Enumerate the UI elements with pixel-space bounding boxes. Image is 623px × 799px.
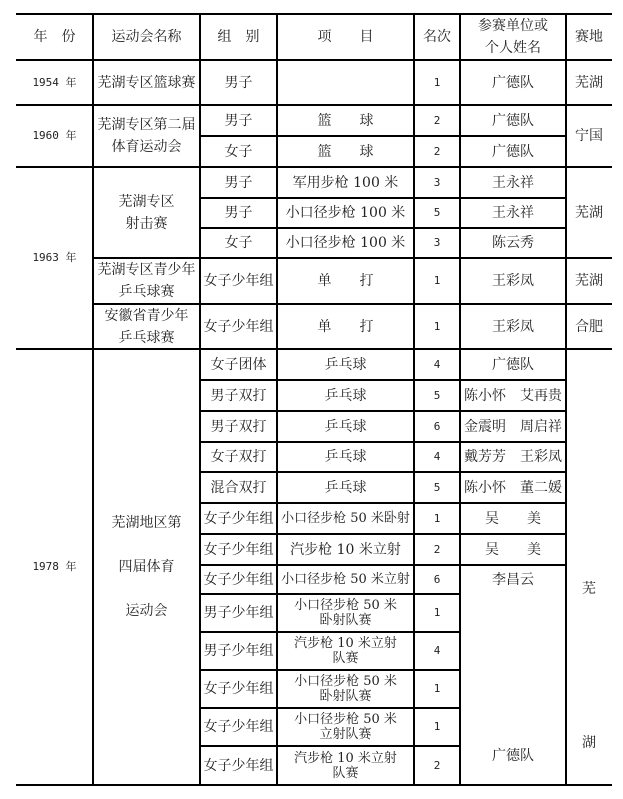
cell-rank: 4 <box>414 632 460 670</box>
column-rule <box>413 167 415 198</box>
table-rule <box>93 784 200 786</box>
cell-participant: 广德队 <box>460 60 566 105</box>
cell-event: 汽步枪 10 米立射 <box>277 534 414 565</box>
column-rule <box>92 258 94 304</box>
table-rule <box>200 707 277 709</box>
cell-group: 男子少年组 <box>200 594 277 632</box>
column-rule <box>92 14 94 60</box>
column-rule <box>276 594 278 632</box>
cell-participant: 吴 美 <box>460 503 566 534</box>
column-rule <box>199 228 201 258</box>
table-rule <box>277 784 414 786</box>
column-rule <box>413 198 415 228</box>
cell-participant: 戴芳芳 王彩凤 <box>460 442 566 472</box>
column-rule <box>413 632 415 670</box>
table-rule <box>460 471 566 473</box>
table-rule <box>200 533 277 535</box>
column-rule <box>199 411 201 442</box>
cell-year: 1978 年 <box>16 349 93 785</box>
column-header-event: 项 目 <box>277 14 414 60</box>
table-rule <box>566 348 612 350</box>
table-rule <box>16 784 93 786</box>
cell-year: 1954 年 <box>16 60 93 105</box>
table-rule <box>414 502 460 504</box>
table-rule <box>200 104 277 106</box>
table-rule <box>277 104 414 106</box>
table-rule <box>460 135 566 137</box>
cell-rank: 1 <box>414 304 460 349</box>
table-rule <box>566 303 612 305</box>
cell-venue: 芜湖 <box>566 258 612 304</box>
cell-rank: 5 <box>414 380 460 411</box>
column-header-year: 年 份 <box>16 14 93 60</box>
column-rule <box>413 14 415 60</box>
cell-participant: 王永祥 <box>460 167 566 198</box>
table-rule <box>277 631 414 633</box>
table-rule <box>200 745 277 747</box>
column-rule <box>459 167 461 198</box>
column-rule <box>565 105 567 167</box>
table-rule <box>414 669 460 671</box>
column-rule <box>199 442 201 472</box>
cell-participant: 陈小怀 艾再贵 <box>460 380 566 411</box>
column-rule <box>413 442 415 472</box>
column-rule <box>459 503 461 534</box>
table-rule <box>414 303 460 305</box>
column-rule <box>276 14 278 60</box>
table-rule <box>277 379 414 381</box>
column-rule <box>276 198 278 228</box>
column-rule <box>413 60 415 105</box>
table-rule <box>200 135 277 137</box>
table-rule <box>414 135 460 137</box>
table-rule <box>93 166 200 168</box>
column-rule <box>199 167 201 198</box>
cell-participant: 陈云秀 <box>460 228 566 258</box>
column-rule <box>276 534 278 565</box>
column-rule <box>199 349 201 380</box>
table-rule <box>414 379 460 381</box>
cell-event: 篮 球 <box>277 136 414 167</box>
cell-event: 汽步枪 10 米立射 队赛 <box>277 632 414 670</box>
table-rule <box>277 745 414 747</box>
column-rule <box>459 380 461 411</box>
cell-venue: 芜湖 <box>566 167 612 258</box>
column-rule <box>199 670 201 708</box>
column-rule <box>276 136 278 167</box>
table-rule <box>277 441 414 443</box>
cell-meet-name: 芜湖专区篮球赛 <box>93 60 200 105</box>
table-rule <box>200 303 277 305</box>
column-rule <box>459 304 461 349</box>
cell-event: 乒乓球 <box>277 411 414 442</box>
column-rule <box>413 349 415 380</box>
table-rule <box>414 471 460 473</box>
cell-group: 男子 <box>200 60 277 105</box>
table-rule <box>414 104 460 106</box>
cell-rank: 1 <box>414 594 460 632</box>
cell-participant: 王彩凤 <box>460 304 566 349</box>
column-rule <box>565 14 567 60</box>
column-rule <box>199 503 201 534</box>
table-rule <box>277 707 414 709</box>
cell-group: 混合双打 <box>200 472 277 503</box>
cell-event: 小口径步枪 50 米卧射 <box>277 503 414 534</box>
cell-group: 男子双打 <box>200 411 277 442</box>
column-rule <box>92 349 94 785</box>
cell-event: 乒乓球 <box>277 349 414 380</box>
cell-rank: 1 <box>414 60 460 105</box>
table-rule <box>566 784 612 786</box>
table-rule <box>277 135 414 137</box>
column-rule <box>413 411 415 442</box>
cell-venue: 芜 湖 <box>566 349 612 785</box>
cell-group: 女子少年组 <box>200 258 277 304</box>
cell-participant: 王永祥 <box>460 198 566 228</box>
table-rule <box>460 379 566 381</box>
column-rule <box>459 534 461 565</box>
cell-meet-name: 芜湖专区青少年 乒乓球赛 <box>93 258 200 304</box>
cell-event: 单 打 <box>277 304 414 349</box>
table-rule <box>460 348 566 350</box>
cell-year: 1960 年 <box>16 105 93 167</box>
cell-group: 女子 <box>200 136 277 167</box>
column-rule <box>276 349 278 380</box>
cell-rank: 2 <box>414 534 460 565</box>
column-rule <box>565 167 567 258</box>
column-rule <box>199 198 201 228</box>
column-rule <box>413 708 415 746</box>
cell-rank: 5 <box>414 198 460 228</box>
cell-rank: 2 <box>414 105 460 136</box>
table-rule <box>460 441 566 443</box>
column-rule <box>92 167 94 258</box>
table-rule <box>93 104 200 106</box>
column-rule <box>276 632 278 670</box>
column-rule <box>276 503 278 534</box>
cell-event: 单 打 <box>277 258 414 304</box>
column-header-rank: 名次 <box>414 14 460 60</box>
cell-participant: 广德队 <box>460 349 566 380</box>
cell-rank: 3 <box>414 228 460 258</box>
column-rule <box>276 60 278 105</box>
cell-meet-name: 安徽省青少年 乒乓球赛 <box>93 304 200 349</box>
column-rule <box>199 472 201 503</box>
table-rule <box>566 104 612 106</box>
table-rule <box>200 784 277 786</box>
column-rule <box>413 565 415 594</box>
table-rule <box>16 13 612 15</box>
column-rule <box>276 380 278 411</box>
table-rule <box>460 104 566 106</box>
column-rule <box>565 304 567 349</box>
column-rule <box>276 746 278 785</box>
table-rule <box>414 410 460 412</box>
cell-group: 男子 <box>200 198 277 228</box>
column-rule <box>199 136 201 167</box>
cell-group: 女子少年组 <box>200 746 277 785</box>
table-rule <box>200 564 277 566</box>
cell-group: 女子少年组 <box>200 304 277 349</box>
cell-group: 男子 <box>200 167 277 198</box>
column-rule <box>276 304 278 349</box>
table-rule <box>414 745 460 747</box>
table-rule <box>414 166 460 168</box>
column-rule <box>413 534 415 565</box>
table-rule <box>277 197 414 199</box>
column-rule <box>413 136 415 167</box>
column-rule <box>459 442 461 472</box>
cell-rank: 6 <box>414 565 460 594</box>
column-rule <box>565 349 567 785</box>
column-rule <box>199 594 201 632</box>
cell-group: 女子少年组 <box>200 503 277 534</box>
column-rule <box>199 632 201 670</box>
column-rule <box>92 105 94 167</box>
column-rule <box>413 670 415 708</box>
column-rule <box>199 534 201 565</box>
table-rule <box>566 166 612 168</box>
cell-group: 女子少年组 <box>200 534 277 565</box>
table-rule <box>200 257 277 259</box>
column-rule <box>199 380 201 411</box>
column-rule <box>276 167 278 198</box>
table-rule <box>566 257 612 259</box>
cell-rank: 1 <box>414 503 460 534</box>
cell-event: 小口径步枪 50 米 立射队赛 <box>277 708 414 746</box>
table-rule <box>414 784 460 786</box>
cell-participant: 陈小怀 董二媛 <box>460 472 566 503</box>
cell-participant: 广德队 <box>460 136 566 167</box>
column-rule <box>199 60 201 105</box>
cell-event: 汽步枪 10 米立射 队赛 <box>277 746 414 785</box>
table-rule <box>93 348 200 350</box>
table-rule <box>277 257 414 259</box>
cell-group: 女子 <box>200 228 277 258</box>
column-rule <box>276 411 278 442</box>
cell-rank: 4 <box>414 442 460 472</box>
table-rule <box>277 533 414 535</box>
cell-rank: 1 <box>414 258 460 304</box>
cell-group: 女子团体 <box>200 349 277 380</box>
table-rule <box>414 197 460 199</box>
column-rule <box>413 228 415 258</box>
column-rule <box>459 136 461 167</box>
cell-event <box>277 60 414 105</box>
cell-participant: 李昌云 广德队 <box>460 565 566 785</box>
column-rule <box>199 14 201 60</box>
cell-group: 女子少年组 <box>200 565 277 594</box>
cell-group: 女子少年组 <box>200 670 277 708</box>
table-rule <box>460 564 566 566</box>
table-rule <box>277 227 414 229</box>
table-rule <box>16 166 93 168</box>
table-rule <box>16 348 93 350</box>
cell-event: 小口径步枪 100 米 <box>277 228 414 258</box>
cell-rank: 3 <box>414 167 460 198</box>
column-rule <box>459 258 461 304</box>
table-rule <box>414 631 460 633</box>
column-rule <box>276 442 278 472</box>
column-rule <box>413 105 415 136</box>
column-rule <box>199 708 201 746</box>
table-rule <box>16 104 93 106</box>
table-rule <box>200 631 277 633</box>
cell-event: 小口径步枪 50 米 卧射队赛 <box>277 670 414 708</box>
results-table: 年 份运动会名称组 别项 目名次参赛单位或 个人姓名赛地1954 年芜湖专区篮球… <box>0 0 623 799</box>
cell-event: 小口径步枪 50 米 卧射队赛 <box>277 594 414 632</box>
table-rule <box>414 227 460 229</box>
column-rule <box>459 472 461 503</box>
cell-meet-name: 芜湖地区第 四届体育 运动会 <box>93 349 200 785</box>
cell-group: 女子少年组 <box>200 708 277 746</box>
cell-event: 乒乓球 <box>277 442 414 472</box>
table-rule <box>414 533 460 535</box>
column-rule <box>276 670 278 708</box>
column-rule <box>199 746 201 785</box>
column-rule <box>413 503 415 534</box>
cell-rank: 6 <box>414 411 460 442</box>
column-rule <box>276 228 278 258</box>
table-rule <box>414 564 460 566</box>
table-rule <box>200 471 277 473</box>
cell-year: 1963 年 <box>16 167 93 349</box>
column-rule <box>459 198 461 228</box>
column-rule <box>459 14 461 60</box>
table-rule <box>277 593 414 595</box>
column-header-meet-name: 运动会名称 <box>93 14 200 60</box>
cell-venue: 芜湖 <box>566 60 612 105</box>
table-rule <box>200 669 277 671</box>
cell-event: 小口径步枪 50 米立射 <box>277 565 414 594</box>
column-rule <box>459 60 461 105</box>
table-rule <box>200 197 277 199</box>
table-rule <box>414 707 460 709</box>
column-rule <box>199 565 201 594</box>
cell-group: 女子双打 <box>200 442 277 472</box>
cell-event: 军用步枪 100 米 <box>277 167 414 198</box>
table-rule <box>460 502 566 504</box>
column-rule <box>413 472 415 503</box>
cell-participant: 金震明 周启祥 <box>460 411 566 442</box>
column-header-group: 组 别 <box>200 14 277 60</box>
column-rule <box>413 380 415 411</box>
cell-event: 篮 球 <box>277 105 414 136</box>
table-rule <box>200 593 277 595</box>
cell-meet-name: 芜湖专区第二届 体育运动会 <box>93 105 200 167</box>
table-rule <box>460 227 566 229</box>
table-rule <box>277 502 414 504</box>
table-rule <box>277 669 414 671</box>
cell-rank: 1 <box>414 708 460 746</box>
column-rule <box>459 565 461 785</box>
table-rule <box>200 348 277 350</box>
table-rule <box>277 564 414 566</box>
cell-meet-name: 芜湖专区 射击赛 <box>93 167 200 258</box>
cell-event: 乒乓球 <box>277 472 414 503</box>
table-rule <box>200 166 277 168</box>
column-rule <box>459 349 461 380</box>
cell-venue: 宁国 <box>566 105 612 167</box>
table-rule <box>460 784 566 786</box>
cell-rank: 2 <box>414 136 460 167</box>
cell-group: 男子双打 <box>200 380 277 411</box>
table-rule <box>277 166 414 168</box>
column-rule <box>413 304 415 349</box>
cell-group: 男子 <box>200 105 277 136</box>
table-rule <box>460 197 566 199</box>
table-rule <box>460 533 566 535</box>
cell-group: 男子少年组 <box>200 632 277 670</box>
column-rule <box>459 228 461 258</box>
column-rule <box>413 594 415 632</box>
column-rule <box>276 565 278 594</box>
column-rule <box>459 105 461 136</box>
table-rule <box>414 348 460 350</box>
cell-rank: 5 <box>414 472 460 503</box>
table-rule <box>200 502 277 504</box>
table-rule <box>414 257 460 259</box>
table-rule <box>414 593 460 595</box>
column-rule <box>92 304 94 349</box>
column-rule <box>199 105 201 136</box>
column-rule <box>413 746 415 785</box>
table-rule <box>277 303 414 305</box>
column-header-participant: 参赛单位或 个人姓名 <box>460 14 566 60</box>
table-rule <box>460 166 566 168</box>
cell-rank: 1 <box>414 670 460 708</box>
cell-rank: 4 <box>414 349 460 380</box>
column-rule <box>199 258 201 304</box>
column-rule <box>276 708 278 746</box>
column-header-venue: 赛地 <box>566 14 612 60</box>
column-rule <box>92 60 94 105</box>
column-rule <box>565 258 567 304</box>
table-rule <box>200 410 277 412</box>
table-rule <box>460 257 566 259</box>
column-rule <box>459 411 461 442</box>
cell-participant: 吴 美 <box>460 534 566 565</box>
column-rule <box>565 60 567 105</box>
table-rule <box>460 303 566 305</box>
column-rule <box>276 472 278 503</box>
table-rule <box>200 441 277 443</box>
cell-event: 小口径步枪 100 米 <box>277 198 414 228</box>
table-rule <box>277 410 414 412</box>
table-rule <box>16 59 612 61</box>
table-rule <box>200 227 277 229</box>
cell-rank: 2 <box>414 746 460 785</box>
table-rule <box>93 257 200 259</box>
table-rule <box>277 348 414 350</box>
cell-participant: 王彩凤 <box>460 258 566 304</box>
column-rule <box>199 304 201 349</box>
table-rule <box>460 410 566 412</box>
table-rule <box>200 379 277 381</box>
column-rule <box>413 258 415 304</box>
column-rule <box>276 258 278 304</box>
table-rule <box>277 471 414 473</box>
cell-event: 乒乓球 <box>277 380 414 411</box>
column-rule <box>276 105 278 136</box>
table-rule <box>93 303 200 305</box>
table-rule <box>414 441 460 443</box>
cell-participant: 广德队 <box>460 105 566 136</box>
